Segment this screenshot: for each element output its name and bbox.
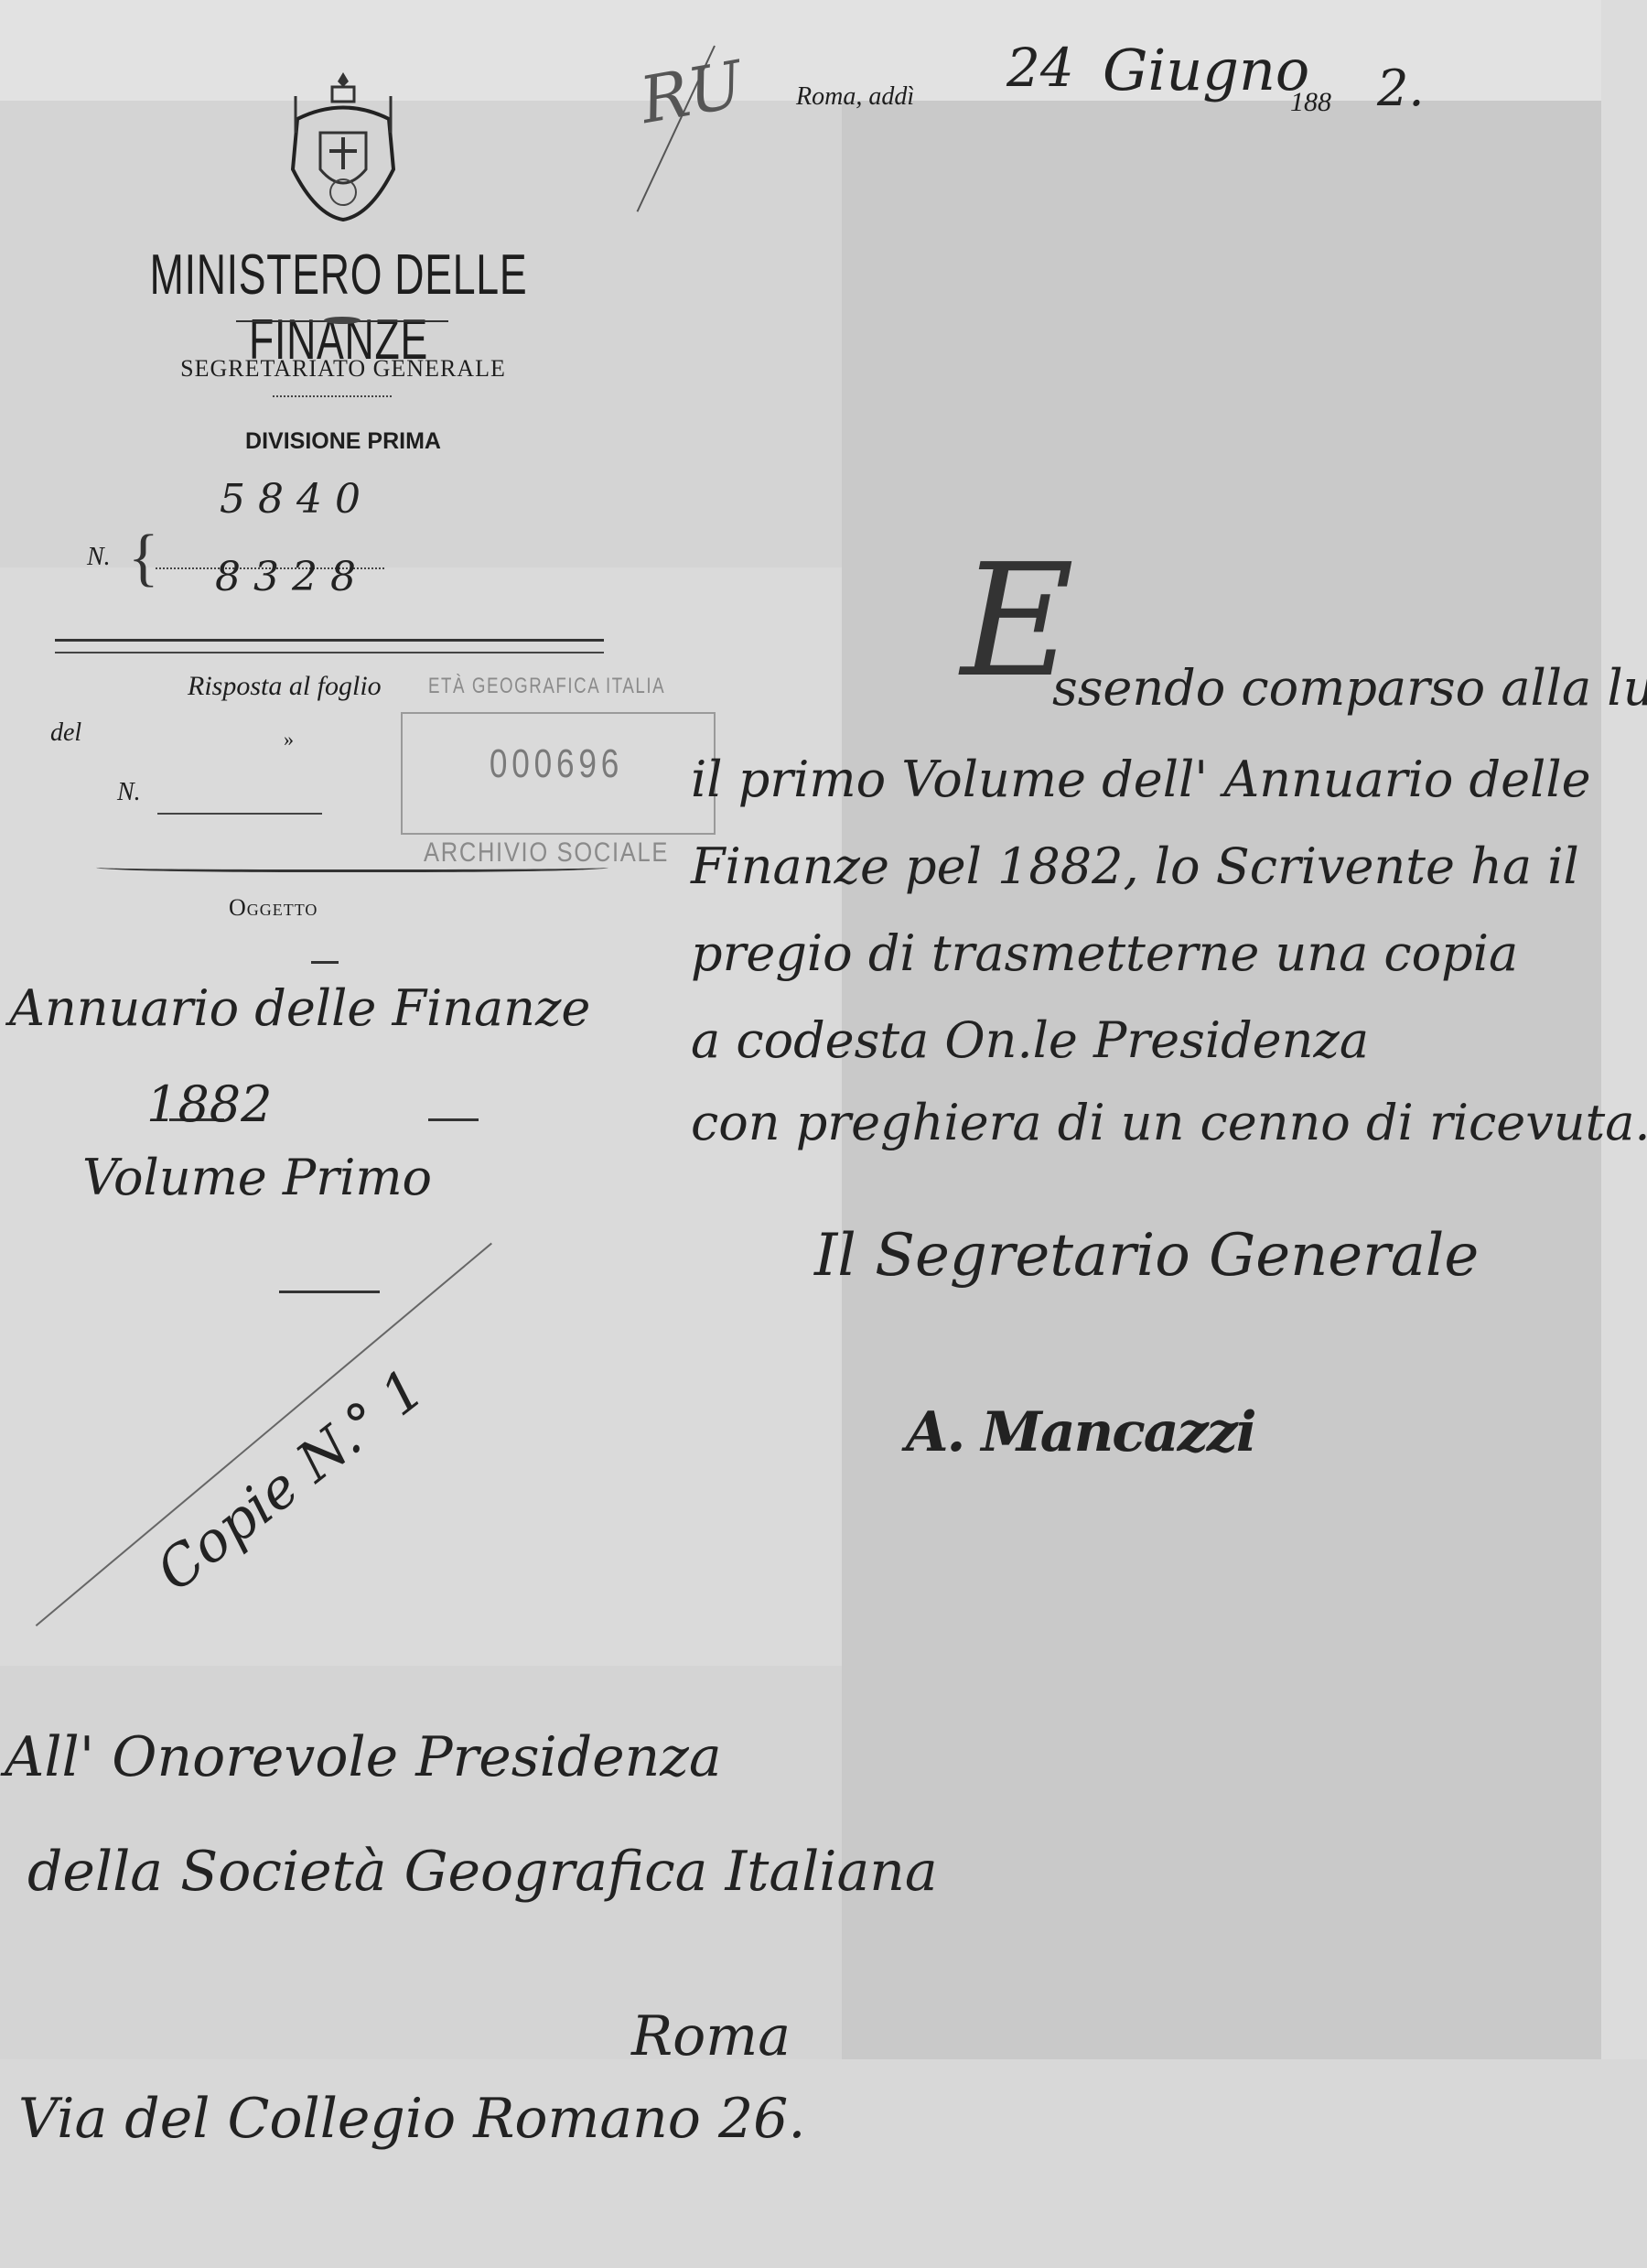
dotted-divider <box>273 395 392 397</box>
subject-end-dash <box>279 1291 380 1293</box>
reply-label: Risposta al foglio <box>188 671 382 702</box>
subject-line-3: Volume Primo <box>82 1149 432 1206</box>
stamp-number: 000696 <box>432 741 681 787</box>
protocol-label: N. <box>87 543 111 572</box>
body-line-3: Finanze pel 1882, lo Scrivente ha il <box>691 837 1642 895</box>
signatory-title: Il Segretario Generale <box>814 1222 1479 1290</box>
dateline-day: 24 <box>1006 37 1074 99</box>
addressee-line-4: Via del Collegio Romano 26. <box>18 2087 805 2151</box>
reply-date-label: del <box>50 718 81 748</box>
addressee-line-2: della Società Geografica Italiana <box>27 1840 938 1904</box>
reply-number-label: N. <box>117 778 141 807</box>
dateline-year-printed: 188 <box>1290 87 1331 118</box>
ministry-title: MINISTERO DELLE FINANZE <box>135 243 543 373</box>
subject-line-1: Annuario delle Finanze <box>9 979 590 1037</box>
double-rule-bottom <box>55 652 604 653</box>
double-rule-top <box>55 639 604 642</box>
stamp-header: ETÀ GEOGRAFICA ITALIA <box>428 674 665 699</box>
subject-dash <box>311 961 339 964</box>
addressee-line-3: Roma <box>631 2004 791 2068</box>
dateline-month: Giugno <box>1103 37 1309 103</box>
body-line-1: ssendo comparso alla luce <box>1052 659 1647 717</box>
reply-number-blank <box>157 813 322 815</box>
ornament-divider <box>236 320 448 322</box>
division-name: DIVISIONE PRIMA <box>137 428 549 455</box>
signature: A. Mancazzi <box>906 1400 1255 1464</box>
stamp-footer: ARCHIVIO SOCIALE <box>424 837 669 869</box>
subject-line-2: 1882 <box>146 1075 272 1133</box>
dateline-year-written: 2. <box>1377 59 1425 117</box>
archive-stamp: ETÀ GEOGRAFICA ITALIA 000696 ARCHIVIO SO… <box>401 668 714 871</box>
dateline-place: Roma, addì <box>796 82 914 112</box>
year-dash-right <box>428 1118 479 1121</box>
protocol-number-bottom: 8328 <box>215 554 369 600</box>
body-line-6: con preghiera di un cenno di ricevuta. <box>691 1094 1642 1151</box>
body-line-2: il primo Volume dell' Annuario delle <box>691 751 1642 808</box>
reply-date-value: » <box>284 728 294 751</box>
protocol-number-top: 5840 <box>220 476 373 523</box>
body-line-4: pregio di trasmetterne una copia <box>691 924 1642 982</box>
addressee-line-1: All' Onorevole Presidenza <box>5 1725 722 1789</box>
office-name: SEGRETARIATO GENERALE <box>91 355 595 383</box>
protocol-brace: { <box>128 531 159 586</box>
subject-label: Oggetto <box>229 894 318 922</box>
royal-coat-of-arms-icon <box>279 69 407 224</box>
body-line-5: a codesta On.le Presidenza <box>691 1011 1642 1069</box>
